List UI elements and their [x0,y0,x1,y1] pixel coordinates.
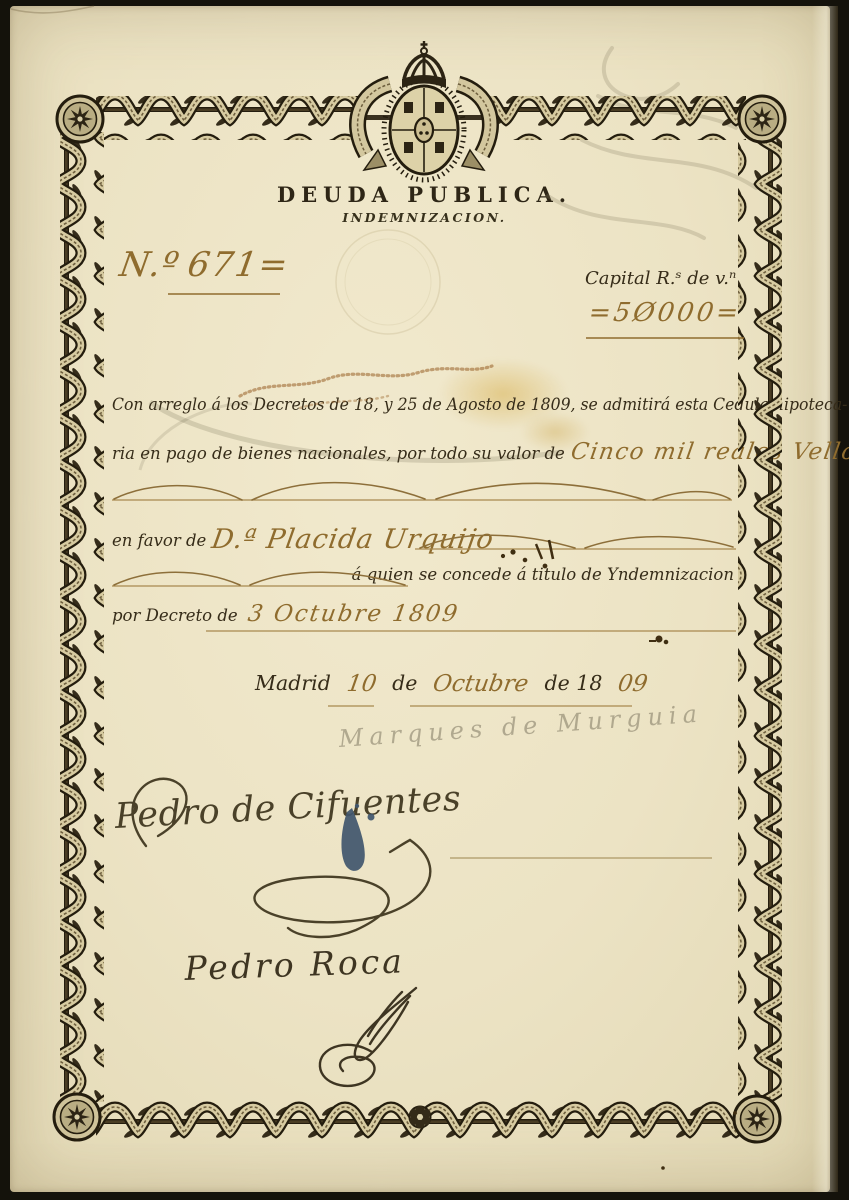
decree-date: 3 Octubre 1809 [246,603,461,626]
beneficiary-line: en favor deD.ª Placida Urquijo [112,524,494,551]
decree-printed: por Decreto de [112,606,238,625]
body-line-2: ria en pago de bienes nacionales, por to… [112,441,849,464]
capital-label: Capital R.ˢ de v.ⁿ [585,270,736,288]
written-amount-words: Cinco mil reales Vellon [569,441,849,464]
capital-amount: =5Ø000= [587,300,743,326]
dateline: Madrid10deOctubrede 1809 [255,672,648,695]
document-photo: DEUDA PUBLICA. INDEMNIZACION. N.º671= Ca… [0,0,849,1200]
dateline-city: Madrid [255,671,331,695]
dateline-year: 09 [617,673,650,696]
signature-pedro-roca: Pedro Roca [184,944,405,985]
body-line-2-printed: ria en pago de bienes nacionales, por to… [112,444,565,463]
serial-number: N.º671= [120,248,290,282]
document-title: DEUDA PUBLICA. [0,184,849,205]
body-line-1: Con arreglo á los Decretos de 18, y 25 d… [112,397,847,414]
document-subtitle: INDEMNIZACION. [0,212,849,225]
dateline-month: Octubre [432,673,531,696]
dateline-de2: de 18 [545,671,603,695]
capital-value: =5Ø000= [589,300,741,326]
dateline-de1: de [392,671,417,695]
decree-line: por Decreto de3 Octubre 1809 [112,603,459,626]
serial-value: 671= [186,248,293,282]
beneficiary-name: D.ª Placida Urquijo [210,526,496,553]
dateline-day: 10 [345,673,378,696]
concession-clause: á quien se concede á titulo de Yndemniza… [112,567,734,584]
serial-label: N.º [117,248,183,282]
favor-printed: en favor de [112,531,206,550]
